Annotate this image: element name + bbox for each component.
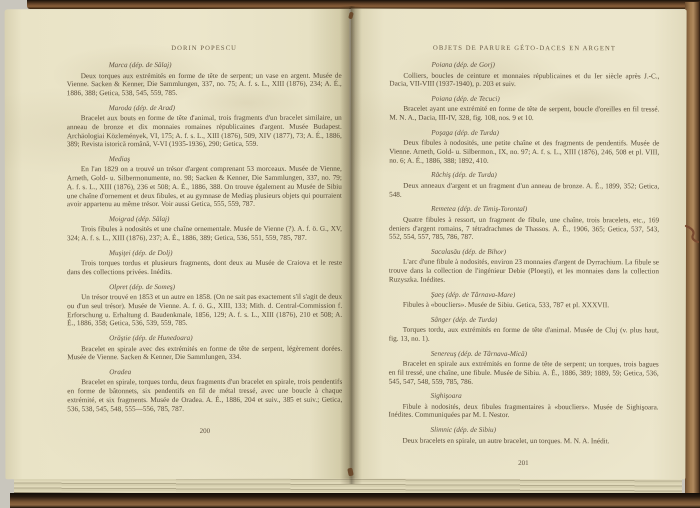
right-page-sections: Poiana (dép. de Gorj)Colliers, boucles d… (388, 61, 659, 446)
left-page: DORIN POPESCU Marca (dép. de Sălaj)Deux … (5, 9, 351, 480)
page-number-left: 200 (67, 427, 342, 435)
section-heading: Răchiş (dép. de Turda) (431, 171, 659, 180)
left-page-sections: Marca (dép. de Sălaj)Deux torques aux ex… (67, 61, 343, 414)
section-body: En l'an 1829 on a trouvé un trésor d'arg… (67, 165, 342, 209)
section-heading: Marca (dép. de Sălaj) (109, 61, 342, 69)
section-heading: Mediaş (109, 155, 342, 163)
running-header-right: OBJETS DE PARURE GÉTO-DACES EN ARGENT (390, 45, 660, 53)
section-heading: Remetea (dép. de Timiş-Torontal) (431, 205, 659, 214)
section-body: Deux anneaux d'argent et un fragment d'u… (389, 182, 659, 200)
running-header-left: DORIN POPESCU (67, 45, 342, 52)
section-heading: Muşiţei (dép. de Dolj) (109, 249, 342, 257)
section-heading: Poiana (dép. de Gorj) (431, 61, 659, 70)
section-body: Colliers, boucles de ceinture et monnaie… (389, 71, 659, 89)
section-body: Fibules à «boucliers». Musée de Sibiu. G… (389, 301, 659, 310)
section-heading: Maroda (dép. de Arad) (109, 103, 342, 111)
section-body: Quatre fibules à ressort, un fragment de… (389, 215, 659, 242)
section-heading: Poşaga (dép. de Turda) (431, 129, 659, 138)
section-heading: Moigrad (dép. Sălaj) (109, 215, 342, 223)
section-body: Trois fibules à nodosités et une chaîne … (67, 225, 342, 243)
section-heading: Sighişoara (431, 392, 659, 401)
book-cover-fore-edge (685, 2, 700, 508)
section-heading: Senereuş (dép. de Târnava-Mică) (431, 349, 659, 358)
section-heading: Olpret (dép. de Someş) (109, 282, 342, 290)
section-body: Deux torques aux extrémités en forme de … (67, 71, 342, 98)
section-heading: Orăştie (dép. de Hunedoara) (109, 334, 342, 342)
section-heading: Oradea (109, 368, 342, 376)
section-heading: Sacalasău (dép. de Bihor) (431, 248, 659, 257)
section-body: Fibule à nodosités, deux fibules fragmen… (389, 402, 659, 420)
section-heading: Sânger (dép. de Turda) (431, 316, 659, 325)
section-body: Bracelet aux bouts en forme de tête d'an… (67, 114, 342, 149)
section-body: L'arc d'une fibule à nodosités, environ … (389, 258, 659, 285)
section-body: Torques tordu, aux extrémités en forme d… (389, 326, 659, 344)
section-body: Deux fibules à nodosités, une petite cha… (389, 139, 659, 166)
bookmark-thread (684, 224, 699, 244)
book-photo: DORIN POPESCU Marca (dép. de Sălaj)Deux … (0, 0, 700, 508)
section-body: Bracelet ayant une extrémité en forme de… (389, 105, 659, 123)
section-body: Bracelet en spirale avec des extrémités … (67, 344, 342, 362)
section-heading: Poiana (dép. de Tecuci) (431, 95, 659, 104)
section-body: Deux bracelets en spirale, un autre brac… (388, 436, 658, 445)
right-page: OBJETS DE PARURE GÉTO-DACES EN ARGENT Po… (349, 9, 686, 480)
section-heading: Slimnic (dép. de Sibiu) (431, 426, 659, 435)
section-body: Bracelet en spirale aux extrémités en fo… (389, 360, 659, 387)
section-body: Un trésor trouvé en 1853 et un autre en … (67, 293, 342, 328)
section-heading: Şaeş (dép. de Târnava-Mare) (431, 290, 659, 299)
section-body: Trois torques tordus et plusieurs fragme… (67, 259, 342, 277)
section-body: Bracelet en spirale, torques tordu, deux… (67, 378, 342, 413)
page-number-right: 201 (388, 459, 658, 468)
